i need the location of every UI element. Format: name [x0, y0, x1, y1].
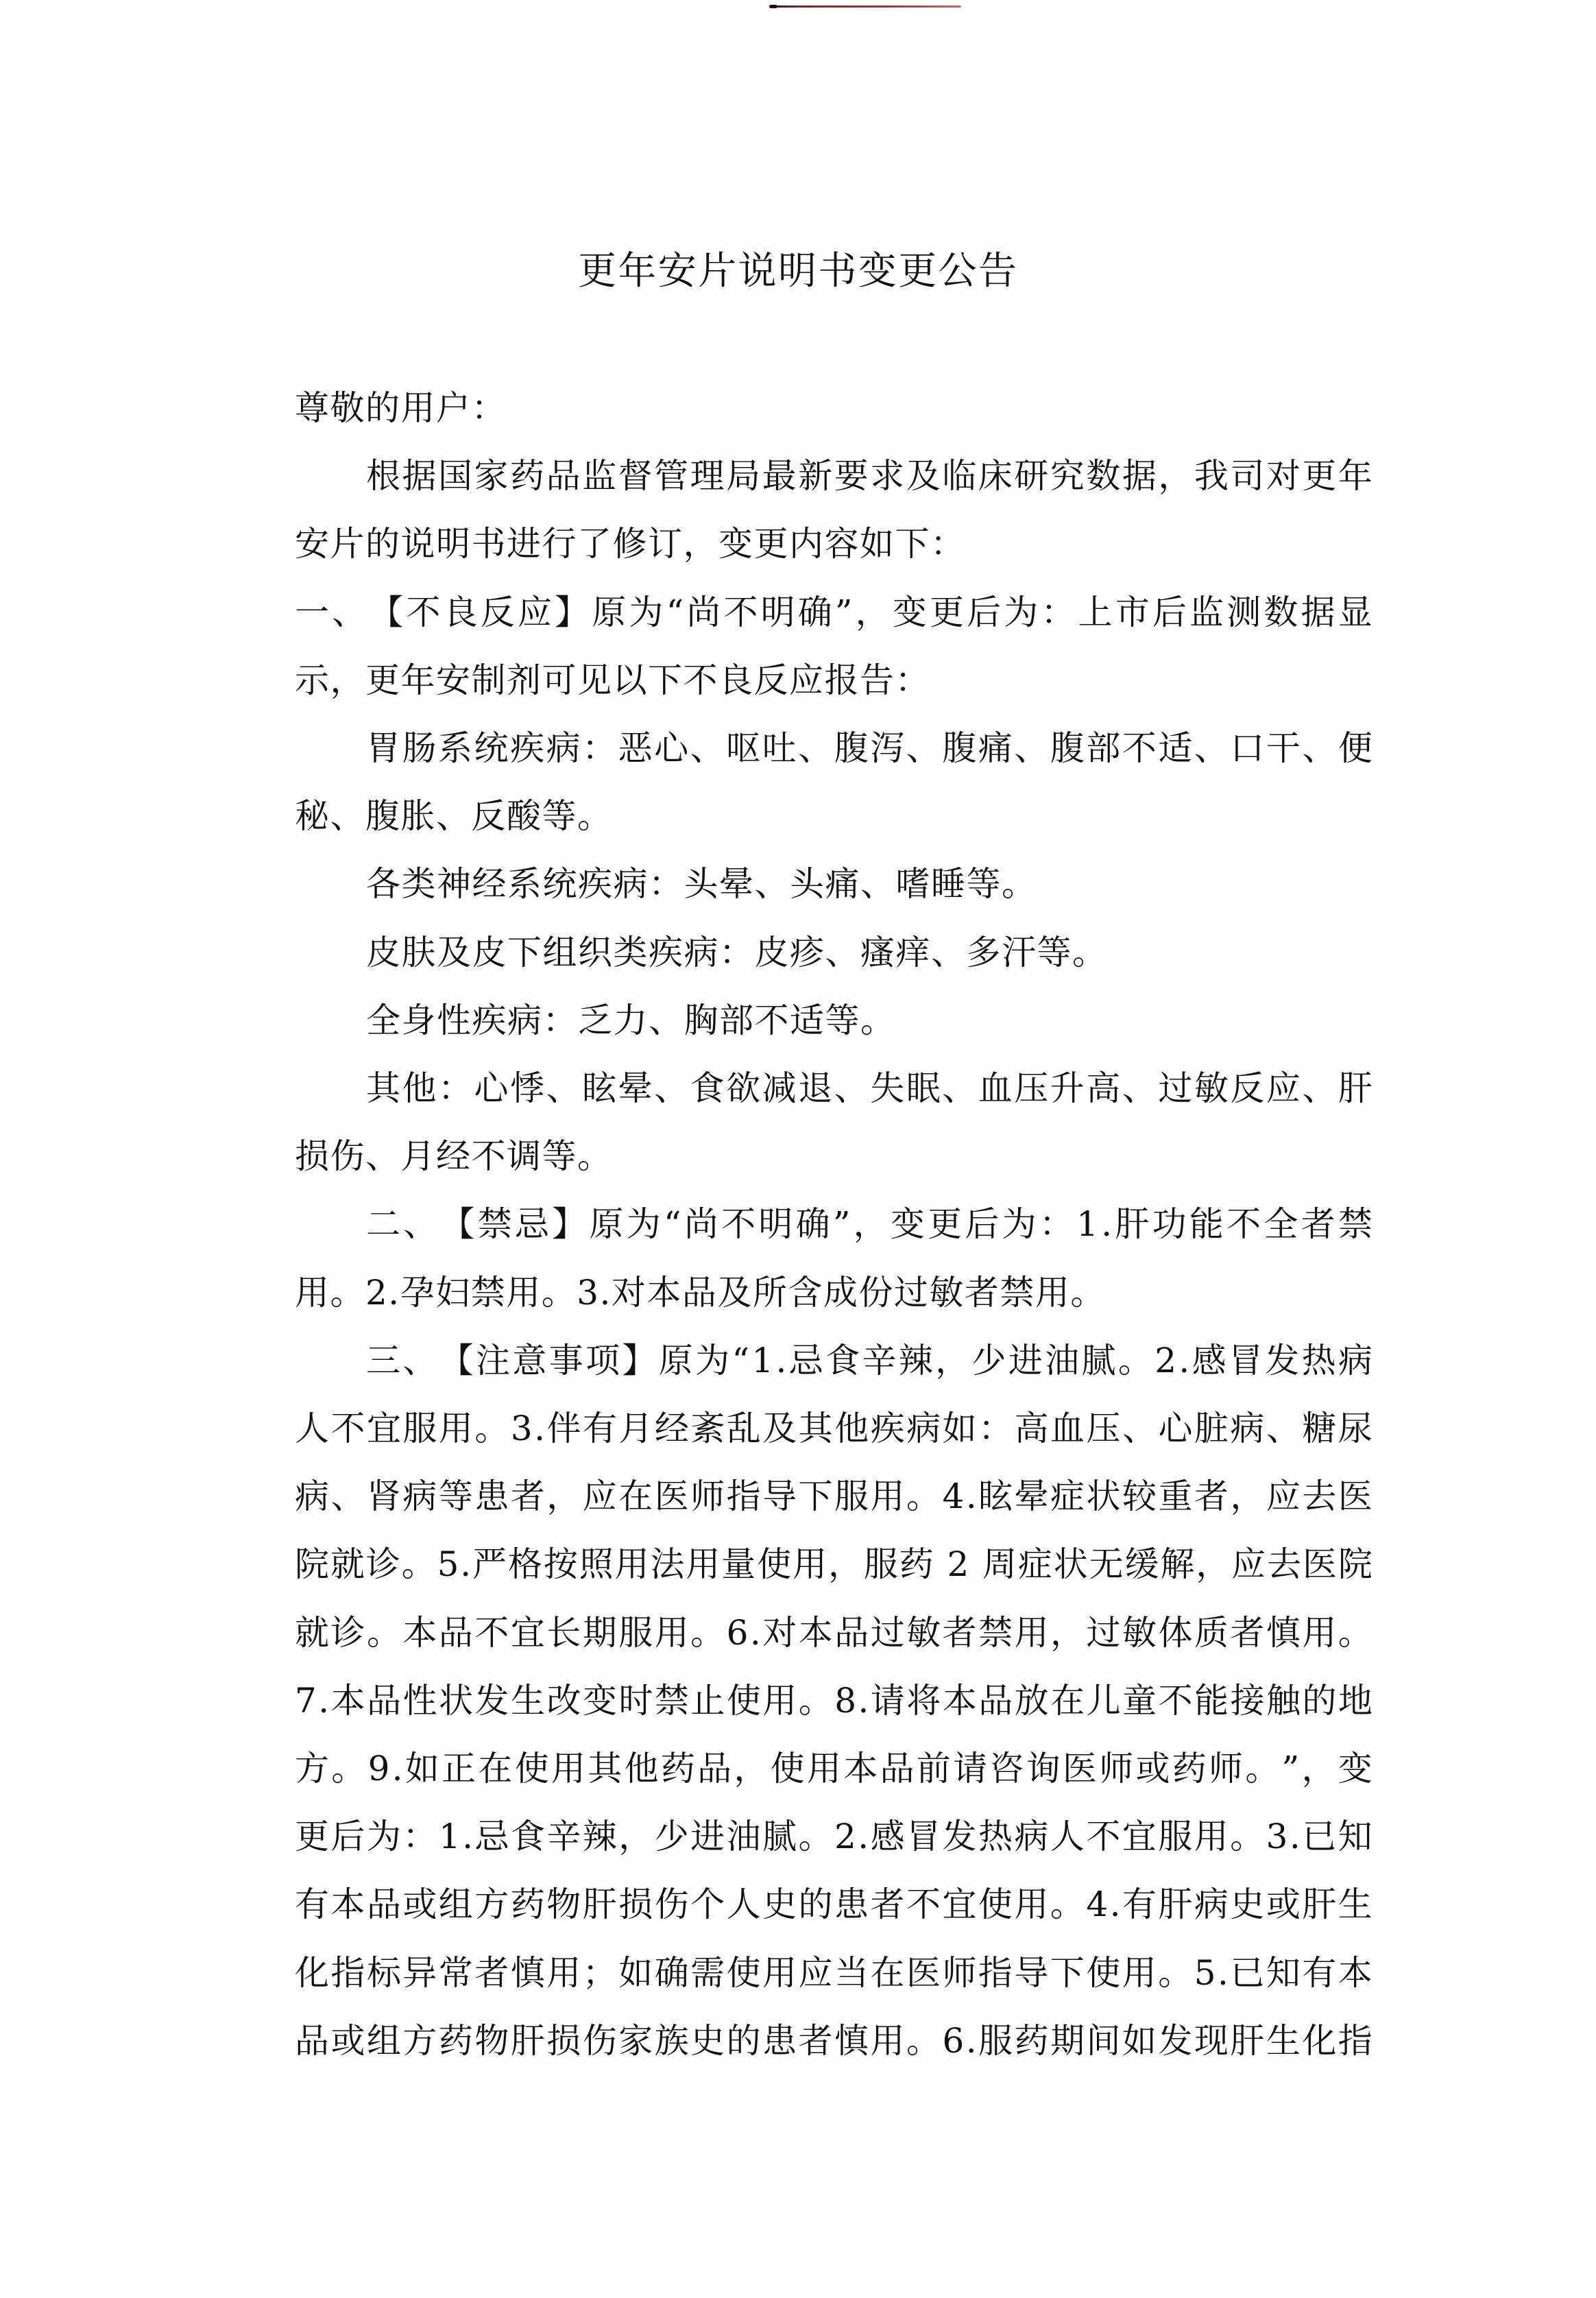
body-text-line: 病、肾病等患者，应在医师指导下服用。4.眩晕症状较重者，应去医	[295, 1472, 1373, 1520]
body-text-line: 其他：心悸、眩晕、食欲减退、失眠、血压升高、过敏反应、肝	[366, 1064, 1373, 1112]
body-text-line: 示，更年安制剂可见以下不良反应报告：	[295, 656, 930, 704]
body-text-line: 院就诊。5.严格按照用法用量使用，服药 2 周症状无缓解，应去医院	[295, 1540, 1373, 1588]
body-text-line: 各类神经系统疾病：头晕、头痛、嗜睡等。	[366, 860, 1037, 908]
body-text-line: 就诊。本品不宜长期服用。6.对本品过敏者禁用，过敏体质者慎用。	[295, 1609, 1373, 1657]
salutation: 尊敬的用户：	[295, 384, 507, 432]
body-text-line: 品或组方药物肝损伤家族史的患者慎用。6.服药期间如发现肝生化指	[295, 2017, 1373, 2065]
body-text-line: 更后为：1.忌食辛辣，少进油腻。2.感冒发热病人不宜服用。3.已知	[295, 1812, 1373, 1860]
body-text-line: 胃肠系统疾病：恶心、呕吐、腹泻、腹痛、腹部不适、口干、便	[366, 724, 1373, 772]
body-text-line: 有本品或组方药物肝损伤个人史的患者不宜使用。4.有肝病史或肝生	[295, 1880, 1373, 1928]
header-red-rule	[771, 5, 961, 8]
body-text-line: 根据国家药品监督管理局最新要求及临床研究数据，我司对更年	[366, 452, 1373, 500]
body-text-line: 损伤、月经不调等。	[295, 1132, 613, 1180]
body-text-line: 人不宜服用。3.伴有月经紊乱及其他疾病如：高血压、心脏病、糖尿	[295, 1404, 1373, 1452]
body-text-line: 全身性疾病：乏力、胸部不适等。	[366, 996, 896, 1044]
body-text-line: 用。2.孕妇禁用。3.对本品及所含成份过敏者禁用。	[295, 1269, 1106, 1317]
body-text-line: 秘、腹胀、反酸等。	[295, 792, 613, 840]
document-title-text: 更年安片说明书变更公告	[578, 247, 1018, 296]
body-text-line: 二、【禁忌】原为“尚不明确”，变更后为：1.肝功能不全者禁	[366, 1200, 1373, 1248]
scanned-document-page: 更年安片说明书变更公告 尊敬的用户： 根据国家药品监督管理局最新要求及临床研究数…	[0, 0, 1596, 2298]
body-text-line: 三、【注意事项】原为“1.忌食辛辣，少进油腻。2.感冒发热病	[366, 1337, 1373, 1385]
body-text-line: 安片的说明书进行了修订，变更内容如下：	[295, 520, 966, 568]
body-text-line: 皮肤及皮下组织类疾病：皮疹、瘙痒、多汗等。	[366, 929, 1108, 977]
body-text-line: 化指标异常者慎用；如确需使用应当在医师指导下使用。5.已知有本	[295, 1949, 1373, 1997]
body-text-line: 7.本品性状发生改变时禁止使用。8.请将本品放在儿童不能接触的地	[295, 1677, 1373, 1725]
body-text-line: 一、【不良反应】原为“尚不明确”，变更后为：上市后监测数据显	[295, 588, 1373, 636]
body-text-line: 方。9.如正在使用其他药品，使用本品前请咨询医师或药师。”，变	[295, 1745, 1373, 1793]
document-title: 更年安片说明书变更公告	[0, 247, 1596, 296]
